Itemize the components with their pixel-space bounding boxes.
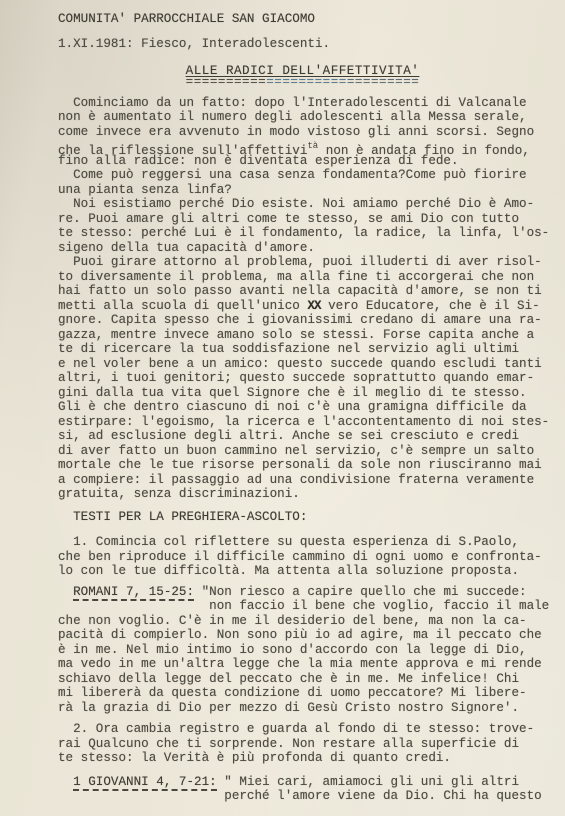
text-line: te di ricercare la tua soddisfazione nel… <box>58 342 547 357</box>
date-location-line: 1.XI.1981: Fiesco, Interadolescenti. <box>58 37 547 52</box>
text-line: 1. Comincia col riflettere su questa esp… <box>58 535 547 550</box>
text-line: di aver fatto un buon cammino nel serviz… <box>58 444 547 459</box>
prayer-point-2: 2. Ora cambia registro e guarda al fondo… <box>58 722 547 766</box>
text-segment <box>58 585 73 599</box>
text-line: è in me. Nel mio intimo io sono d'accord… <box>58 643 547 658</box>
underline-segment: ========== <box>266 75 347 89</box>
text-line: rà la grazia di Dio per mezzo di Gesù Cr… <box>58 701 547 716</box>
text-line: te stesso: la Verità è più profonda di q… <box>58 751 547 766</box>
scripture-quote-romani: ROMANI 7, 15-25: "Non riesco a capire qu… <box>58 585 547 716</box>
scripture-quote-giovanni: 1 GIOVANNI 4, 7-21: " Miei cari, amiamoc… <box>58 775 547 804</box>
text-line: come invece era avvenuto in modo vistoso… <box>58 125 547 140</box>
typed-strikeover: XX <box>307 299 320 313</box>
text-line: to diversamente il problema, ma alla fin… <box>58 270 547 285</box>
title-block: ALLE RADICI DELL'AFFETTIVITA' ==========… <box>58 64 547 87</box>
body-text: Cominciamo da un fatto: dopo l'Interadol… <box>58 96 547 502</box>
text-line: si, ad esclusione degli altri. Anche se … <box>58 429 547 444</box>
text-line: schiavo della legge del peccato che è in… <box>58 672 547 687</box>
text-line: mi libererà da questa condizione di uomo… <box>58 686 547 701</box>
text-segment: " Miei cari, amiamoci gli uni gli altri <box>217 775 519 789</box>
text-line: Gli è che dentro ciascuno di noi c'è una… <box>58 400 547 415</box>
text-line: che ben riproduce il difficile cammino d… <box>58 550 547 565</box>
header: COMUNITA' PARROCCHIALE SAN GIACOMO 1.XI.… <box>58 12 547 51</box>
text-line: lo con le tue difficoltà. Ma attenta all… <box>58 564 547 579</box>
text-line: gazza, mentre invece amano solo se stess… <box>58 328 547 343</box>
text-line: ma vedo in me un'altra legge che la mia … <box>58 657 547 672</box>
text-line: che non voglio. C'è in me il desiderio d… <box>58 614 547 629</box>
text-line: ROMANI 7, 15-25: "Non riesco a capire qu… <box>58 585 547 600</box>
text-line: gnore. Capita spesso che i giovanissimi … <box>58 313 547 328</box>
text-line: estirpare: l'egoismo, la ricerca e l'acc… <box>58 415 547 430</box>
text-line: perché l'amore viene da Dio. Chi ha ques… <box>58 789 547 804</box>
text-line-with-insertion: che la riflessione sull'affettività non … <box>58 139 547 154</box>
text-line: hai fatto un solo passo avanti nella cap… <box>58 284 547 299</box>
text-line: Puoi girare attorno al problema, puoi il… <box>58 255 547 270</box>
text-line: Cominciamo da un fatto: dopo l'Interadol… <box>58 96 547 111</box>
text-line: altri, i tuoi genitori; questo succede s… <box>58 371 547 386</box>
title-double-underline: ============================= <box>58 78 547 87</box>
text-line: gratuita, senza discriminazioni. <box>58 487 547 502</box>
text-line: non faccio il bene che voglio, faccio il… <box>58 599 547 614</box>
text-line: re. Puoi amare gli altri come te stesso,… <box>58 212 547 227</box>
text-line: pacità di compierlo. Non sono più io ad … <box>58 628 547 643</box>
text-line: a compiere: il passaggio ad una condivis… <box>58 473 547 488</box>
text-segment: vero Educatore, che è il Si- <box>321 299 540 313</box>
text-line: e nel voler bene a un amico: questo succ… <box>58 357 547 372</box>
text-line: Noi esistiamo perché Dio esiste. Noi ami… <box>58 197 547 212</box>
text-line: mortale che le tue risorse personali da … <box>58 458 547 473</box>
document-scan: COMUNITA' PARROCCHIALE SAN GIACOMO 1.XI.… <box>0 0 565 816</box>
text-line: Come può reggersi una casa senza fondame… <box>58 168 547 183</box>
prayer-section-heading: TESTI PER LA PREGHIERA-ASCOLTO: <box>58 510 547 525</box>
text-line: sigeno della tua capacità d'amore. <box>58 241 547 256</box>
text-line: rai Qualcuno che ti sorprende. Non resta… <box>58 737 547 752</box>
org-title: COMUNITA' PARROCCHIALE SAN GIACOMO <box>58 12 547 27</box>
text-line: 1 GIOVANNI 4, 7-21: " Miei cari, amiamoc… <box>58 775 547 790</box>
text-segment: metti alla scuola di quell'unico <box>58 299 307 313</box>
interline-insertion: tà <box>307 139 318 154</box>
text-line-with-strikeover: metti alla scuola di quell'unico XX vero… <box>58 299 547 314</box>
underline-segment: ========= <box>347 75 420 89</box>
text-segment: "Non riesco a capire quello che mi succe… <box>194 585 527 599</box>
text-line: te stesso: perché Lui è il fondamento, l… <box>58 226 547 241</box>
text-line: una pianta senza linfa? <box>58 183 547 198</box>
underline-segment: ========== <box>186 75 267 89</box>
text-line: non è aumentato il numero degli adolesce… <box>58 110 547 125</box>
text-line: gini dalla tua vita quel Signore che è i… <box>58 386 547 401</box>
text-segment <box>58 775 73 789</box>
prayer-point-1: 1. Comincia col riflettere su questa esp… <box>58 535 547 579</box>
text-line: 2. Ora cambia registro e guarda al fondo… <box>58 722 547 737</box>
